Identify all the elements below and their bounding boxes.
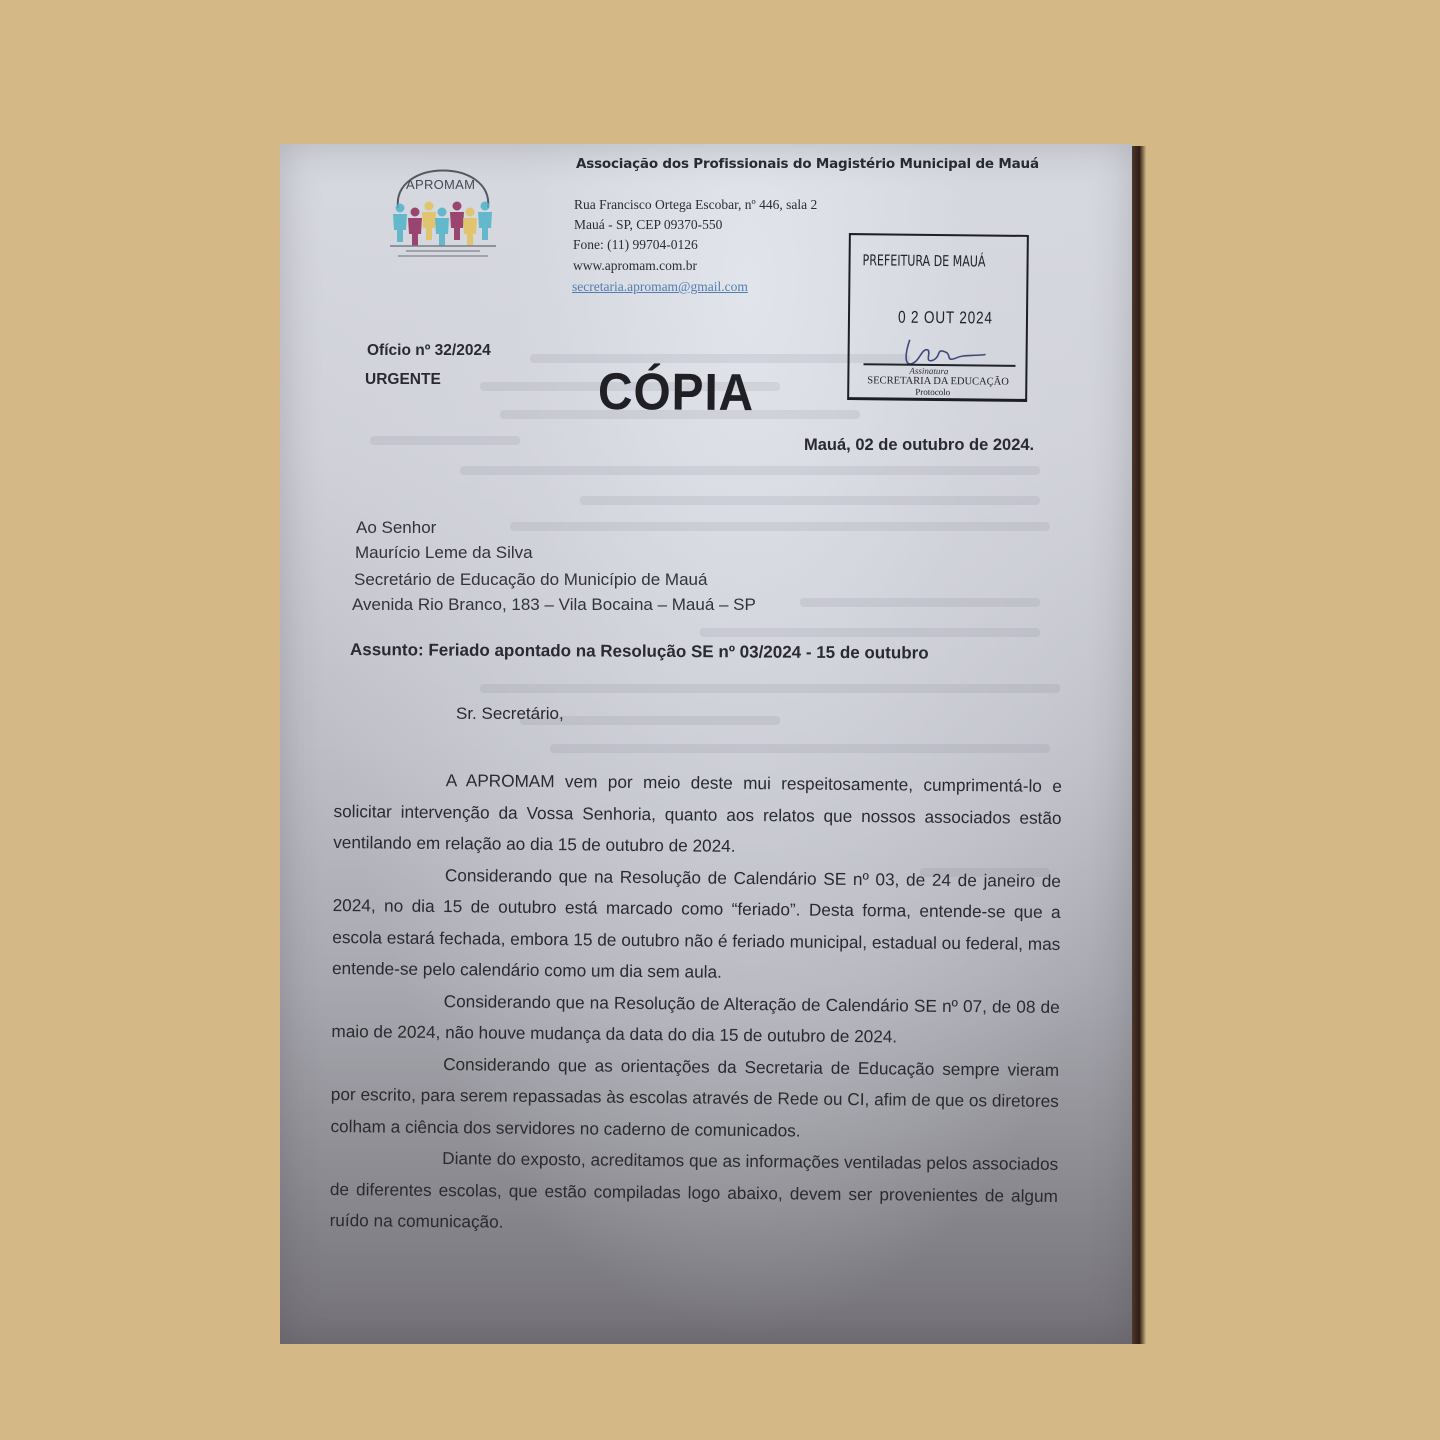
body-paragraph: A APROMAM vem por meio deste mui respeit… <box>333 764 1062 865</box>
office-number: Ofício nº 32/2024 <box>367 342 491 360</box>
copy-mark: CÓPIA <box>598 362 754 423</box>
org-city: Mauá - SP, CEP 09370-550 <box>574 217 722 233</box>
letter-greeting: Sr. Secretário, <box>456 704 564 724</box>
letter-subject: Assunto: Feriado apontado na Resolução S… <box>350 640 929 664</box>
body-paragraph: Diante do exposto, acreditamos que as in… <box>329 1142 1058 1243</box>
urgent-label: URGENTE <box>365 371 441 389</box>
logo-wordmark: APROMAM <box>406 177 475 192</box>
org-email-link[interactable]: secretaria.apromam@gmail.com <box>572 279 748 295</box>
stamp-protocol: Protocolo <box>915 387 950 397</box>
recipient-address: Avenida Rio Branco, 183 – Vila Bocaina –… <box>352 595 756 615</box>
recipient-title: Secretário de Educação do Município de M… <box>354 570 707 590</box>
stamp-signature-label: Assinatura <box>909 366 948 376</box>
body-paragraph: Considerando que na Resolução de Alteraç… <box>331 984 1060 1054</box>
apromam-logo-icon <box>384 150 502 262</box>
stamp-title: PREFEITURA DE MAUÁ <box>863 251 986 270</box>
org-website[interactable]: www.apromam.com.br <box>573 258 697 274</box>
recipient-name: Maurício Leme da Silva <box>355 543 533 563</box>
protocol-stamp: PREFEITURA DE MAUÁ 0 2 OUT 2024 Assinatu… <box>847 233 1029 402</box>
organization-name: Associação dos Profissionais do Magistér… <box>576 156 1039 172</box>
body-paragraph: Considerando que na Resolução de Calendá… <box>332 858 1061 991</box>
org-address: Rua Francisco Ortega Escobar, nº 446, sa… <box>574 197 817 213</box>
recipient-salutation: Ao Senhor <box>356 518 436 538</box>
letter-page: APROMAM Associação dos Profissionais do … <box>280 144 1132 1344</box>
org-phone: Fone: (11) 99704-0126 <box>573 237 698 253</box>
letter-body: A APROMAM vem por meio deste mui respeit… <box>329 764 1062 1243</box>
letter-date: Mauá, 02 de outubro de 2024. <box>804 436 1034 455</box>
stamp-department: SECRETARIA DA EDUCAÇÃO <box>867 375 1009 387</box>
stamp-date: 0 2 OUT 2024 <box>898 308 993 329</box>
body-paragraph: Considerando que as orientações da Secre… <box>330 1047 1059 1148</box>
